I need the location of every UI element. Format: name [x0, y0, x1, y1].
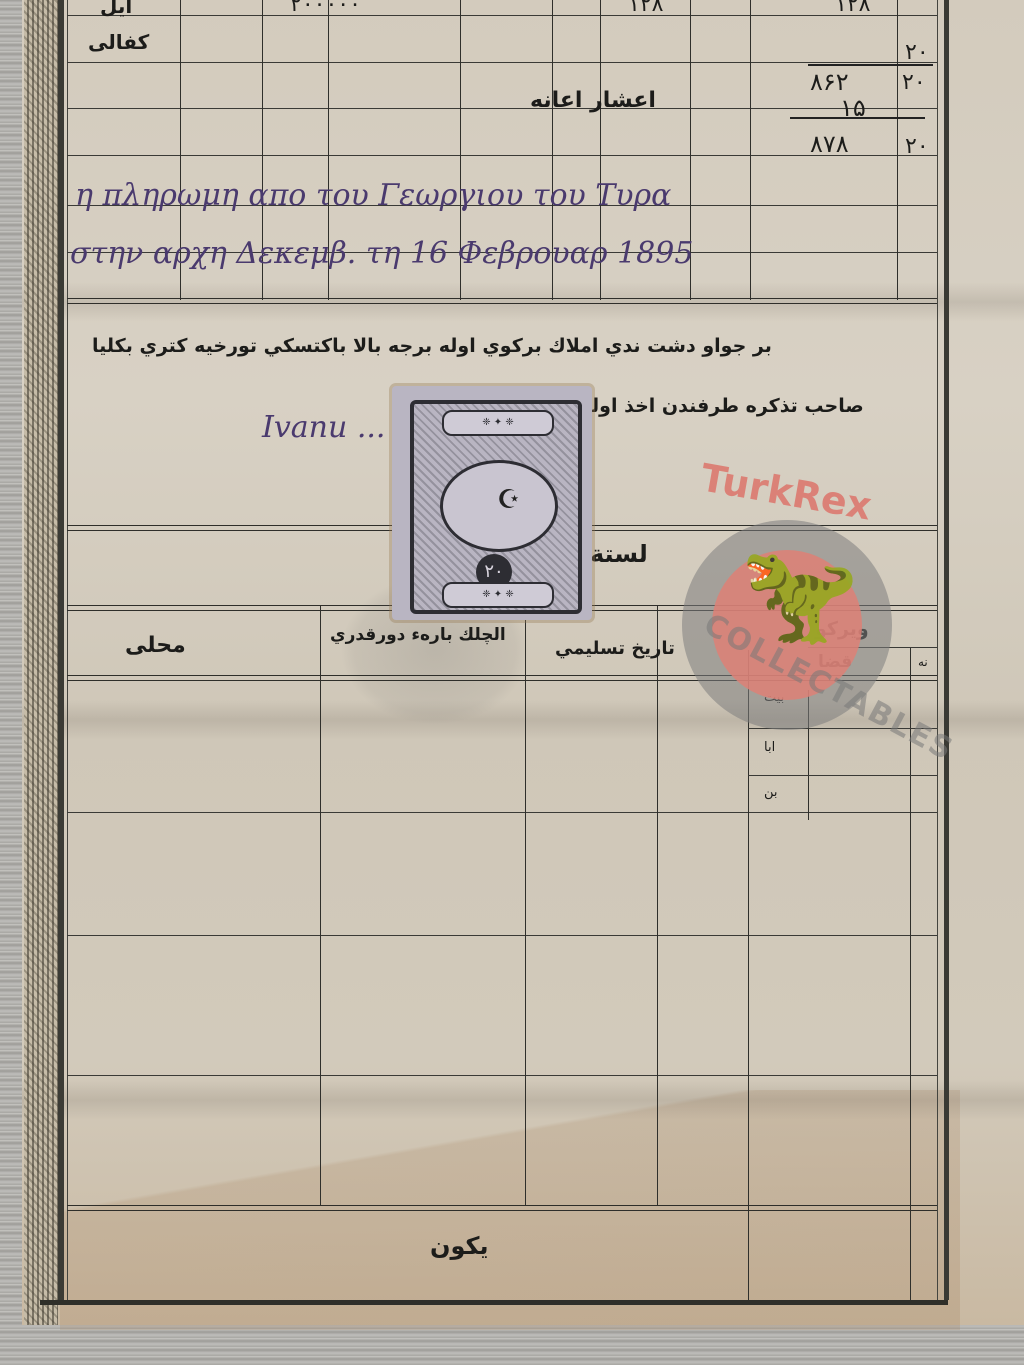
column-header-delivery-date: تاريخ تسليمي	[555, 638, 675, 659]
amount-cell: ۲۰۰۰۰۰	[290, 0, 361, 17]
signature: Ivanu ...	[262, 410, 385, 445]
footer-label: يكون	[430, 1232, 489, 1260]
side-label: بيت	[764, 690, 784, 705]
row-label-year: ایل	[100, 0, 132, 18]
frame-border-bottom	[40, 1300, 948, 1305]
stamp-inscription-top: ❈ ✦ ❈	[442, 410, 554, 436]
frame-border-right	[944, 0, 949, 1300]
fold-line	[22, 1080, 1024, 1120]
side-label: ابا	[764, 740, 775, 755]
amount-cell: ۱۲۸	[835, 0, 870, 17]
column-header-amount: الچلك بارهء دورقدري	[330, 625, 506, 645]
total-line-2-sub: ۲۰	[902, 70, 926, 95]
total-line-2: ۸۶۲	[810, 68, 849, 96]
side-label: بن	[764, 785, 778, 800]
stamp-frame: ❈ ✦ ❈ ☪ ۲۰ ❈ ✦ ❈	[410, 400, 582, 614]
handwritten-line-1: η πληρωμη απο του Γεωργιου του Τυρα	[75, 178, 671, 213]
row-label-guarantee: کفالی	[88, 30, 149, 54]
ottoman-text-line-1: بر جواو دشت ندي املاك بركوي اوله برجه با…	[92, 335, 772, 357]
fold-line	[22, 700, 1024, 740]
revenue-stamp: ❈ ✦ ❈ ☪ ۲۰ ❈ ✦ ❈	[392, 386, 592, 620]
ottoman-text-line-2: صاحب تذكره طرفندن اخذ اولنمه	[560, 395, 864, 417]
guilloche-border	[24, 0, 58, 1325]
handwritten-line-2: στην αρχη Δεκεμβ. τη 16 Φεβρουαρ 1895	[70, 236, 693, 271]
amount-cell: ۱۲۸	[628, 0, 663, 17]
column-header-place: محلى	[125, 633, 186, 658]
column-header-tax: ويركو	[815, 618, 869, 640]
total-line-4-sub: ۲۰	[905, 134, 929, 159]
tughra-icon: ☪	[497, 485, 520, 515]
frame-inner-left	[67, 0, 68, 1300]
total-line-1: ۲۰	[905, 40, 929, 65]
side-label: نه	[918, 655, 928, 669]
section-title: لستة	[590, 540, 648, 568]
total-line-4: ۸۷۸	[810, 130, 849, 158]
frame-border-left	[58, 0, 64, 1300]
column-subheader-district: قضا	[818, 652, 852, 672]
stamp-inscription-bottom: ❈ ✦ ❈	[442, 582, 554, 608]
frame-inner-right	[937, 0, 938, 1300]
totals-caption: اعشار اعانه	[530, 88, 656, 113]
stamp-oval: ☪	[440, 460, 558, 552]
